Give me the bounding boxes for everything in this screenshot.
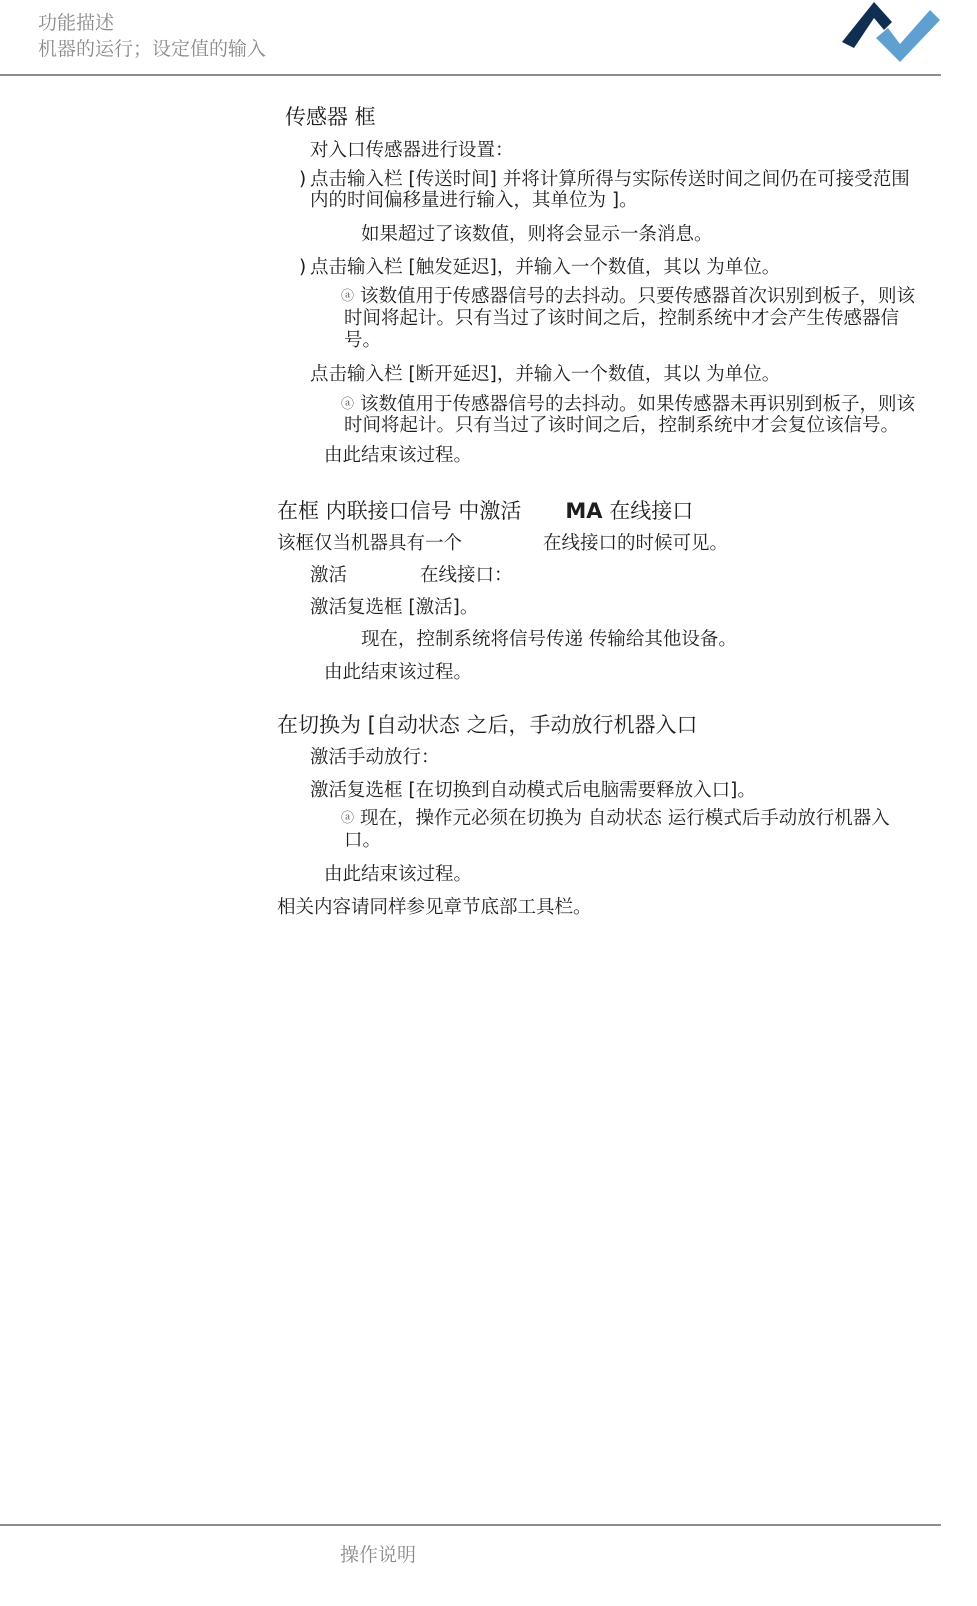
hint-icon: ⓐ xyxy=(341,286,354,308)
manual-note-line2: 口。 xyxy=(344,830,381,852)
manual-section-heading: 在切换为 [自动状态 之后，手动放行机器入口 xyxy=(277,712,698,738)
step2-text: 点击输入栏 [触发延迟]，并输入一个数值，其以 为单位。 xyxy=(310,257,780,279)
footer-divider xyxy=(0,1524,941,1526)
hint-icon: ⓐ xyxy=(341,394,354,416)
step2-marker: ) xyxy=(299,257,306,279)
interface-section-heading: 在框 内联接口信号 中激活MA 在线接口 xyxy=(277,498,693,524)
interface-heading-part2: 在线接口 xyxy=(603,499,694,523)
step1-line2: 内的时间偏移量进行输入，其单位为 ]。 xyxy=(310,190,638,212)
step3-note-line2: 时间将起计。只有当过了该时间之后，控制系统中才会复位该信号。 xyxy=(344,415,899,437)
step1-result: 如果超过了该数值，则将会显示一条消息。 xyxy=(361,224,713,246)
manual-note-text: 现在，操作元必须在切换为 自动状态 运行模式后手动放行机器入 xyxy=(360,808,890,829)
interface-visibility-part2: 在线接口的时候可见。 xyxy=(543,533,728,555)
sensor-section-heading: 传感器 框 xyxy=(285,104,376,130)
footer-label: 操作说明 xyxy=(340,1543,416,1567)
see-also-text: 相关内容请同样参见章节底部工具栏。 xyxy=(277,897,592,919)
interface-result: 现在，控制系统将信号传递 传输给其他设备。 xyxy=(361,629,737,651)
interface-step: 激活复选框 [激活]。 xyxy=(310,597,478,619)
interface-activate-part2: 在线接口： xyxy=(420,565,513,587)
step3-text: 点击输入栏 [断开延迟]，并输入一个数值，其以 为单位。 xyxy=(310,364,780,386)
header-title: 功能描述 机器的运行；设定值的输入 xyxy=(38,10,266,62)
step2-note-text: 该数值用于传感器信号的去抖动。只要传感器首次识别到板子，则该 xyxy=(360,286,915,307)
company-logo xyxy=(842,0,942,64)
interface-heading-bold: MA xyxy=(565,499,602,523)
step2-note-line2: 时间将起计。只有当过了该时间之后，控制系统中才会产生传感器信 xyxy=(344,308,899,330)
sensor-intro: 对入口传感器进行设置： xyxy=(310,140,514,162)
header-divider xyxy=(0,74,941,76)
interface-visibility-part1: 该框仅当机器具有一个 xyxy=(277,533,462,555)
interface-activate-part1: 激活 xyxy=(310,565,347,587)
section-title: 机器的运行；设定值的输入 xyxy=(38,36,266,62)
interface-heading-part1: 在框 内联接口信号 中激活 xyxy=(277,499,521,523)
step2-note-line3: 号。 xyxy=(344,330,381,352)
step3-note-line1: ⓐ该数值用于传感器信号的去抖动。如果传感器未再识别到板子，则该 xyxy=(341,394,915,416)
interface-end: 由此结束该过程。 xyxy=(324,662,472,684)
sensor-end: 由此结束该过程。 xyxy=(324,445,472,467)
step3-note-text: 该数值用于传感器信号的去抖动。如果传感器未再识别到板子，则该 xyxy=(360,394,915,415)
manual-note-line1: ⓐ现在，操作元必须在切换为 自动状态 运行模式后手动放行机器入 xyxy=(341,808,890,830)
step1-marker: ) xyxy=(299,169,306,191)
hint-icon: ⓐ xyxy=(341,808,354,830)
chapter-title: 功能描述 xyxy=(38,10,266,36)
manual-end: 由此结束该过程。 xyxy=(324,864,472,886)
manual-step: 激活复选框 [在切换到自动模式后电脑需要释放入口]。 xyxy=(310,780,756,802)
step2-note-line1: ⓐ该数值用于传感器信号的去抖动。只要传感器首次识别到板子，则该 xyxy=(341,286,915,308)
step1-line1: 点击输入栏 [传送时间] 并将计算所得与实际传送时间之间仍在可接受范围 xyxy=(310,169,910,191)
manual-intro: 激活手动放行： xyxy=(310,747,440,769)
